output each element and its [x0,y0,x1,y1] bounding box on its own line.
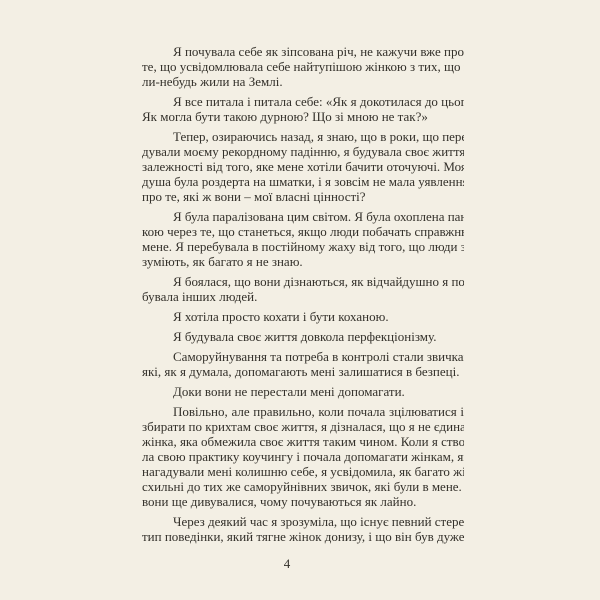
text-line: те, що усвідомлювала себе найтупішою жін… [142,59,464,74]
text-line: Я будувала своє життя довкола перфекціон… [142,329,464,344]
text-line: про те, які ж вони – мої власні цінності… [142,189,464,204]
text-line: схильні до тих же саморуйнівних звичок, … [142,479,464,494]
text-line: кою через те, що станеться, якщо люди по… [142,224,464,239]
text-line: мене. Я перебувала в постійному жаху від… [142,239,464,254]
paragraph: Доки вони не перестали мені допомагати. [142,384,464,399]
text-line: тип поведінки, який тягне жінок донизу, … [142,529,464,544]
text-line: ла свою практику коучингу і почала допом… [142,449,464,464]
text-line: Я хотіла просто кохати і бути коханою. [142,309,464,324]
text-line: які, як я думала, допомагають мені залиш… [142,364,464,379]
text-line: душа була роздерта на шматки, і я зовсім… [142,174,464,189]
paragraph: Саморуйнування та потреба в контролі ста… [142,349,464,379]
paragraph: Повільно, але правильно, коли почала зці… [142,404,464,509]
paragraph: Я боялася, що вони дізнаються, як відчай… [142,274,464,304]
text-line: залежності від того, яке мене хотіли бач… [142,159,464,174]
paragraph: Через деякий час я зрозуміла, що існує п… [142,514,464,544]
text-line: Тепер, озираючись назад, я знаю, що в ро… [142,129,464,144]
text-line: Повільно, але правильно, коли почала зці… [142,404,464,419]
paragraph: Я хотіла просто кохати і бути коханою. [142,309,464,324]
paragraph: Тепер, озираючись назад, я знаю, що в ро… [142,129,464,204]
text-line: Через деякий час я зрозуміла, що існує п… [142,514,464,529]
text-line: збирати по крихтам своє життя, я дізнала… [142,419,464,434]
text-line: Доки вони не перестали мені допомагати. [142,384,464,399]
paragraph: Я будувала своє життя довкола перфекціон… [142,329,464,344]
text-line: нагадували мені колишню себе, я усвідоми… [142,464,464,479]
text-column: Я почувала себе як зіпсована річ, не каж… [142,44,464,549]
text-line: Я боялася, що вони дізнаються, як відчай… [142,274,464,289]
paragraph: Я була паралізована цим світом. Я була о… [142,209,464,269]
text-line: Як могла бути такою дурною? Що зі мною н… [142,109,464,124]
text-line: бувала інших людей. [142,289,464,304]
text-line: Я все питала і питала себе: «Як я докоти… [142,94,464,109]
text-line: вони ще дивувалися, чому почуваються як … [142,494,464,509]
book-page: Я почувала себе як зіпсована річ, не каж… [0,0,600,600]
text-line: Саморуйнування та потреба в контролі ста… [142,349,464,364]
text-line: дували моєму рекордному падінню, я будув… [142,144,464,159]
paragraph: Я почувала себе як зіпсована річ, не каж… [142,44,464,89]
paragraph: Я все питала і питала себе: «Як я докоти… [142,94,464,124]
text-line: Я почувала себе як зіпсована річ, не каж… [142,44,464,59]
text-line: Я була паралізована цим світом. Я була о… [142,209,464,224]
page-number: 4 [142,556,432,571]
text-line: ли-небудь жили на Землі. [142,74,464,89]
text-line: жінка, яка обмежила своє життя таким чин… [142,434,464,449]
text-line: зуміють, як багато я не знаю. [142,254,464,269]
